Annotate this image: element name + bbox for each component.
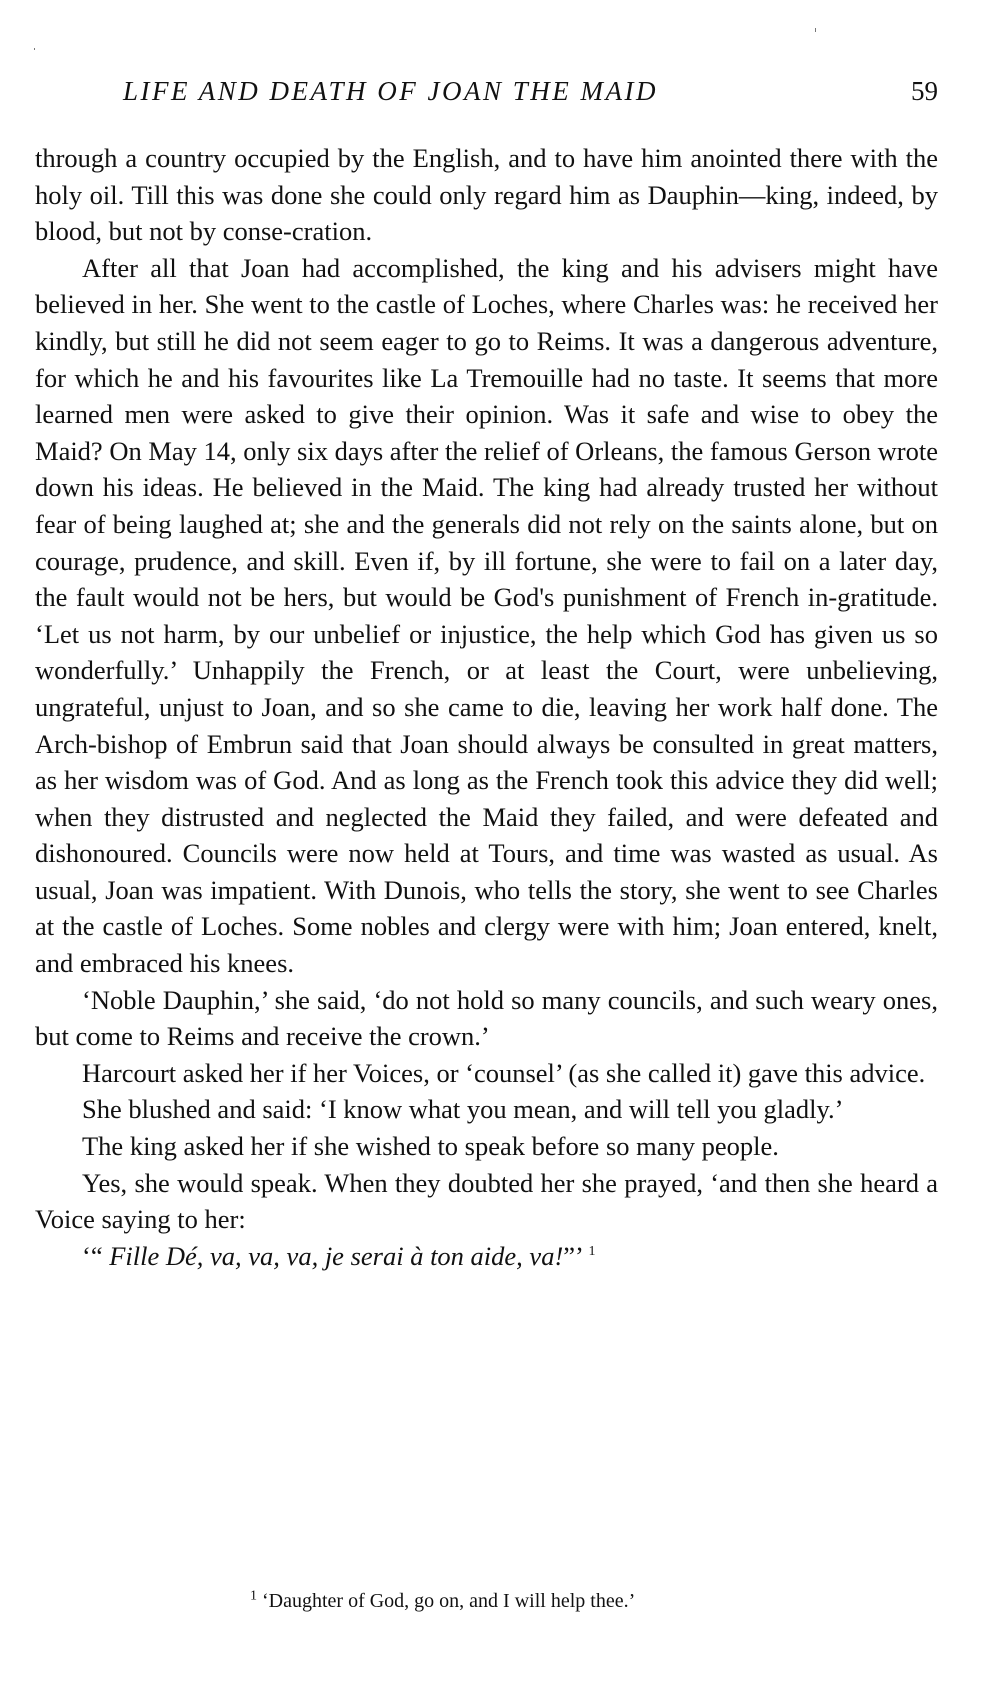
french-quote: ‘“ Fille Dé, va, va, va, je serai à ton …	[35, 1238, 938, 1275]
paragraph: She blushed and said: ‘I know what you m…	[35, 1091, 938, 1128]
running-head: LIFE AND DEATH OF JOAN THE MAID 59	[123, 76, 938, 110]
running-head-title: LIFE AND DEATH OF JOAN THE MAID	[123, 76, 658, 107]
footnote-reference[interactable]: 1	[589, 1244, 596, 1259]
page-number: 59	[911, 76, 938, 107]
paragraph: through a country occupied by the Englis…	[35, 140, 938, 250]
quote-close: ”’	[563, 1241, 582, 1271]
quote-french-text: Fille Dé, va, va, va, je serai à ton aid…	[109, 1241, 563, 1271]
footnote-text: ‘Daughter of God, go on, and I will help…	[262, 1590, 635, 1612]
paragraph: Harcourt asked her if her Voices, or ‘co…	[35, 1055, 938, 1092]
scan-speck	[34, 48, 35, 50]
quote-open: ‘“	[82, 1241, 109, 1271]
paragraph: The king asked her if she wished to spea…	[35, 1128, 938, 1165]
paragraph: After all that Joan had accomplished, th…	[35, 250, 938, 982]
paragraph: ‘Noble Dauphin,’ she said, ‘do not hold …	[35, 982, 938, 1055]
book-page: LIFE AND DEATH OF JOAN THE MAID 59 throu…	[0, 0, 1000, 1699]
footnote: 1 ‘Daughter of God, go on, and I will he…	[250, 1588, 950, 1614]
paragraph: Yes, she would speak. When they doubted …	[35, 1165, 938, 1238]
body-text: through a country occupied by the Englis…	[35, 140, 938, 1274]
footnote-mark: 1	[250, 1588, 257, 1603]
scan-speck	[815, 28, 816, 32]
